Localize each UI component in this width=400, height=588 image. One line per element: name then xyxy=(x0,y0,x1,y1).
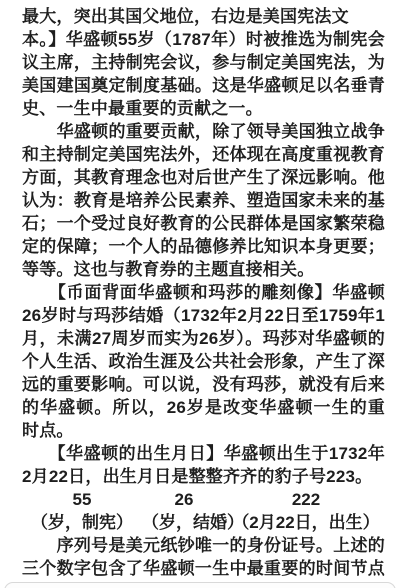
text-line: 【华盛顿的出生月日】华盛顿出生于1732年 xyxy=(22,442,385,465)
text-line: 的华盛顿。所以，26岁是改变华盛顿一生的重要 xyxy=(22,396,385,419)
article-page: 最大，突出其国父地位，右边是美国宪法文本。】华盛顿55岁（1787年）时被推选为… xyxy=(0,0,400,588)
text-line: 本。】华盛顿55岁（1787年）时被推选为制宪会 xyxy=(22,28,385,51)
text-line: 石；一个受过良好教育的公民群体是国家繁荣稳 xyxy=(22,212,385,235)
serial-labels-row: （岁，制宪）（岁，结婚）（2月22日，出生） xyxy=(22,511,385,534)
text-line: 方面，其教育理念也对后世产生了深远影响。他 xyxy=(22,166,385,189)
text-line: 月，未满27周岁而实为26岁）。玛莎对华盛顿的 xyxy=(22,327,385,350)
serial-numbers-row: 5526222 xyxy=(22,488,385,511)
text-line: 华盛顿的重要贡献，除了领导美国独立战争 xyxy=(22,120,385,143)
text-line: 美国建国奠定制度基础。这是华盛顿足以名垂青 xyxy=(22,74,385,97)
text-line: 【币面背面华盛顿和玛莎的雕刻像】华盛顿 xyxy=(22,281,385,304)
text-line: 和主持制定美国宪法外，还体现在高度重视教育 xyxy=(22,143,385,166)
article-lines: 最大，突出其国父地位，右边是美国宪法文本。】华盛顿55岁（1787年）时被推选为… xyxy=(22,5,385,580)
text-line: 等等。这也与教育券的主题直接相关。 xyxy=(22,258,385,281)
text-line: 2月22日，出生月日是整整齐齐的豹子号223。 xyxy=(22,465,385,488)
text-line: 最大，突出其国父地位，右边是美国宪法文 xyxy=(22,5,385,28)
serial-number-label: （岁，制宪） xyxy=(22,511,142,534)
text-line: 定的保障；一个人的品德修养比知识本身更要； xyxy=(22,235,385,258)
next-card-top-edge xyxy=(4,582,396,588)
serial-number-value: 222 xyxy=(226,488,386,511)
text-line: 个人生活、政治生涯及公共社会形象，产生了深 xyxy=(22,350,385,373)
text-line: 序列号是美元纸钞唯一的身份证号。上述的 xyxy=(22,534,385,557)
serial-number-label: （岁，结婚） xyxy=(142,511,226,534)
serial-number-label: （2月22日，出生） xyxy=(226,511,386,534)
text-line: 史、一生中最重要的贡献之一。 xyxy=(22,97,385,120)
serial-number-value: 55 xyxy=(22,488,142,511)
text-line: 议主席，主持制宪会议，参与制定美国宪法，为 xyxy=(22,51,385,74)
text-line: 时点。 xyxy=(22,419,385,442)
text-line: 远的重要影响。可以说，没有玛莎，就没有后来 xyxy=(22,373,385,396)
serial-number-value: 26 xyxy=(142,488,226,511)
text-line: 26岁时与玛莎结婚（1732年2月22日至1759年1 xyxy=(22,304,385,327)
text-line: 认为：教育是培养公民素养、塑造国家未来的基 xyxy=(22,189,385,212)
text-line: 三个数字包含了华盛顿一生中最重要的时间节点 xyxy=(22,557,385,580)
